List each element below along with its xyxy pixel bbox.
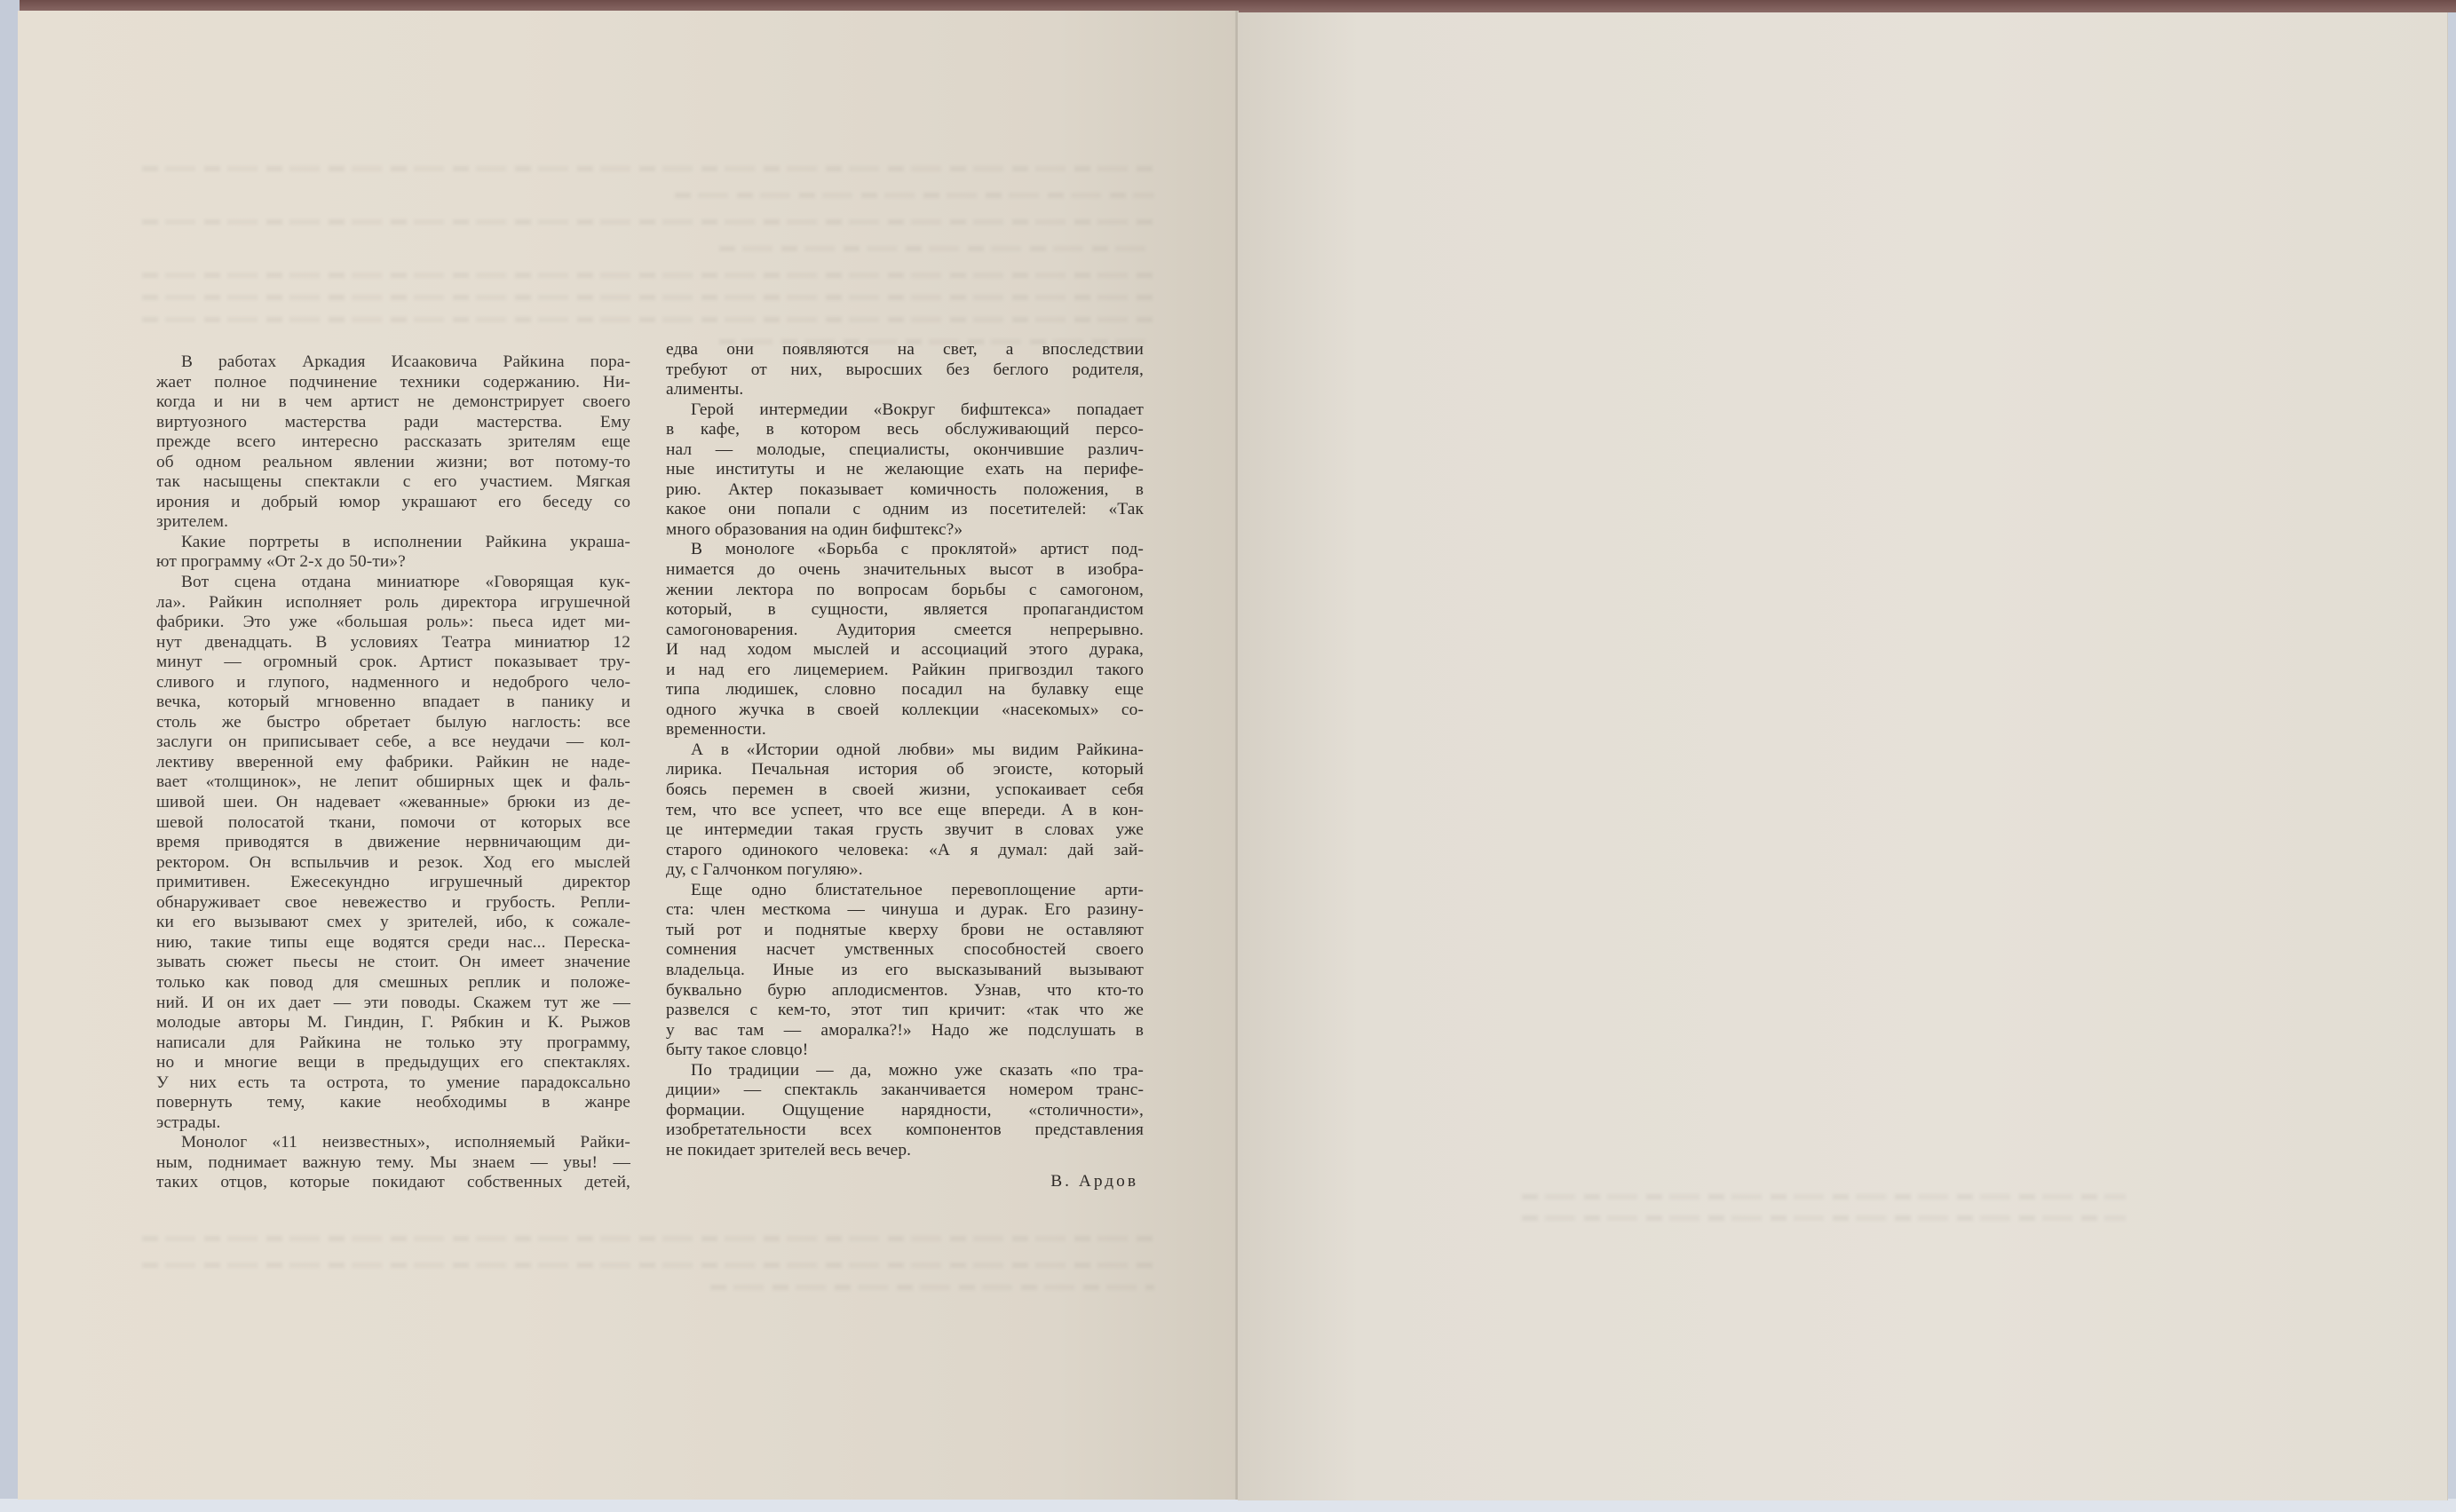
- text-line: сливого и глупого, надменного и недоброг…: [156, 673, 630, 693]
- text-line: но и многие вещи в предыдущих его спекта…: [156, 1053, 630, 1073]
- text-line: написали для Райкина не только эту прогр…: [156, 1033, 630, 1054]
- text-line: эстрады.: [156, 1113, 630, 1134]
- text-line: изобретательности всех компонентов предс…: [666, 1120, 1144, 1141]
- text-line: какое они попали с одним из посетителей:…: [666, 500, 1144, 520]
- text-line: шивой шеи. Он надевает «жеванные» брюки …: [156, 793, 630, 813]
- text-line: столь же быстро обретает былую наглость:…: [156, 713, 630, 733]
- text-line: зывать сюжет пьесы не стоит. Он имеет зн…: [156, 953, 630, 973]
- text-line: требуют от них, выросших без беглого род…: [666, 360, 1144, 381]
- text-line: ла». Райкин исполняет роль директора игр…: [156, 593, 630, 614]
- text-line: обнаруживает свое невежество и грубость.…: [156, 893, 630, 914]
- text-line: примитивен. Ежесекундно игрушечный дирек…: [156, 873, 630, 893]
- text-line: вает «толщинок», не лепит обширных щек и…: [156, 772, 630, 793]
- text-line: фабрики. Это уже «большая роль»: пьеса и…: [156, 613, 630, 633]
- text-line: рию. Актер показывает комичность положен…: [666, 480, 1144, 501]
- text-line: Герой интермедии «Вокруг бифштекса» попа…: [666, 400, 1144, 421]
- text-line: У них есть та острота, то умение парадок…: [156, 1073, 630, 1094]
- text-line: владельца. Иные из его высказываний вызы…: [666, 961, 1144, 981]
- text-line: быту такое словцо!: [666, 1041, 1144, 1061]
- text-line: А в «Истории одной любви» мы видим Райки…: [666, 740, 1144, 761]
- text-line: Вот сцена отдана миниатюре «Говорящая ку…: [156, 573, 630, 593]
- text-line: который, в сущности, является пропаганди…: [666, 600, 1144, 621]
- text-line: у вас там — аморалка?!» Надо же подслуша…: [666, 1021, 1144, 1041]
- text-line: виртуозного мастерства ради мастерства. …: [156, 413, 630, 433]
- text-line: тем, что все успеет, что все еще впереди…: [666, 801, 1144, 821]
- text-line: временности.: [666, 720, 1144, 740]
- text-line: нию, такие типы еще водятся среди нас...…: [156, 933, 630, 954]
- text-line: об одном реальном явлении жизни; вот пот…: [156, 453, 630, 473]
- text-line: боясь перемен в своей жизни, успокаивает…: [666, 780, 1144, 801]
- right-page: [1238, 12, 2448, 1500]
- text-line: И над ходом мыслей и ассоциаций этого ду…: [666, 640, 1144, 661]
- text-line: и над его лицемерием. Райкин пригвоздил …: [666, 661, 1144, 681]
- text-line: самогоноварения. Аудитория смеется непре…: [666, 621, 1144, 641]
- text-line: заслуги он приписывает себе, а все неуда…: [156, 732, 630, 753]
- text-line: таких отцов, которые покидают собственны…: [156, 1173, 630, 1193]
- text-line: диции» — спектакль заканчивается номером…: [666, 1081, 1144, 1101]
- text-line: сомнения насчет умственных способностей …: [666, 940, 1144, 961]
- text-line: Какие портреты в исполнении Райкина укра…: [156, 533, 630, 553]
- text-line: буквально бурю аплодисментов. Узнав, что…: [666, 981, 1144, 1001]
- text-line: По традиции — да, можно уже сказать «по …: [666, 1061, 1144, 1081]
- text-line: ний. И он их дает — эти поводы. Скажем т…: [156, 993, 630, 1014]
- text-line: ста: член месткома — чинуша и дурак. Его…: [666, 900, 1144, 921]
- text-line: много образования на один бифштекс?»: [666, 520, 1144, 541]
- text-line: едва они появляются на свет, а впоследст…: [666, 340, 1144, 360]
- text-line: шевой полосатой ткани, помочи от которых…: [156, 813, 630, 834]
- text-line: це интермедии такая грусть звучит в слов…: [666, 820, 1144, 841]
- text-line: прежде всего интересно рассказать зрител…: [156, 432, 630, 453]
- article-column-right: едва они появляются на свет, а впоследст…: [666, 340, 1144, 1160]
- text-line: вечка, который мгновенно впадает в паник…: [156, 693, 630, 713]
- author-signature: В. Ардов: [666, 1172, 1138, 1191]
- text-line: Монолог «11 неизвестных», исполняемый Ра…: [156, 1133, 630, 1153]
- text-line: только как повод для смешных реплик и по…: [156, 973, 630, 993]
- text-line: ирония и добрый юмор украшают его беседу…: [156, 493, 630, 513]
- text-line: зрителем.: [156, 512, 630, 533]
- text-line: нал — молодые, специалисты, окончившие р…: [666, 440, 1144, 461]
- text-line: ные институты и не желающие ехать на пер…: [666, 460, 1144, 480]
- text-line: ки его вызывают смех у зрителей, ибо, к …: [156, 913, 630, 933]
- show-through-text-left-bottom: [142, 1227, 1154, 1298]
- text-line: время приводятся в движение нервничающим…: [156, 833, 630, 853]
- text-line: лективу вверенной ему фабрики. Райкин не…: [156, 753, 630, 773]
- text-line: жении лектора по вопросам борьбы с самог…: [666, 581, 1144, 601]
- surface-background: [0, 0, 20, 1512]
- text-line: жает полное подчинение техники содержани…: [156, 373, 630, 393]
- text-line: старого одинокого человека: «А я думал: …: [666, 841, 1144, 861]
- article-column-left: В работах Аркадия Исааковича Райкина пор…: [156, 352, 630, 1193]
- text-line: когда и ни в чем артист не демонстрирует…: [156, 392, 630, 413]
- text-line: так насыщены спектакли с его участием. М…: [156, 472, 630, 493]
- text-line: не покидает зрителей весь вечер.: [666, 1141, 1144, 1161]
- text-line: одного жучка в своей коллекции «насекомы…: [666, 701, 1144, 721]
- text-line: повернуть тему, какие необходимы в жанре: [156, 1093, 630, 1113]
- text-line: развелся с кем-то, этот тип кричит: «так…: [666, 1001, 1144, 1021]
- text-line: молодые авторы М. Гиндин, Г. Рябкин и К.…: [156, 1013, 630, 1033]
- text-line: формации. Ощущение нарядности, «столично…: [666, 1101, 1144, 1121]
- show-through-imprint: [1522, 1189, 2126, 1224]
- text-line: тый рот и поднятые кверху брови не остав…: [666, 921, 1144, 941]
- text-line: нимается до очень значительных высот в и…: [666, 560, 1144, 581]
- text-line: В монологе «Борьба с проклятой» артист п…: [666, 540, 1144, 560]
- text-line: В работах Аркадия Исааковича Райкина пор…: [156, 352, 630, 373]
- text-line: лирика. Печальная история об эгоисте, ко…: [666, 760, 1144, 780]
- text-line: минут — огромный срок. Артист показывает…: [156, 653, 630, 673]
- text-line: в кафе, в котором весь обслуживающий пер…: [666, 420, 1144, 440]
- text-line: ют программу «От 2-х до 50-ти»?: [156, 552, 630, 573]
- text-line: типа людишек, словно посадил на булавку …: [666, 680, 1144, 701]
- text-line: Еще одно блистательное перевоплощение ар…: [666, 881, 1144, 901]
- text-line: ным, поднимает важную тему. Мы знаем — у…: [156, 1153, 630, 1174]
- text-line: ректором. Он вспыльчив и резок. Ход его …: [156, 853, 630, 874]
- show-through-text-left: [142, 157, 1154, 352]
- text-line: нут двенадцать. В условиях Театра миниат…: [156, 633, 630, 653]
- text-line: ду, с Галчонком погуляю».: [666, 860, 1144, 881]
- surface-background-bottom: [0, 1499, 2456, 1512]
- text-line: алименты.: [666, 380, 1144, 400]
